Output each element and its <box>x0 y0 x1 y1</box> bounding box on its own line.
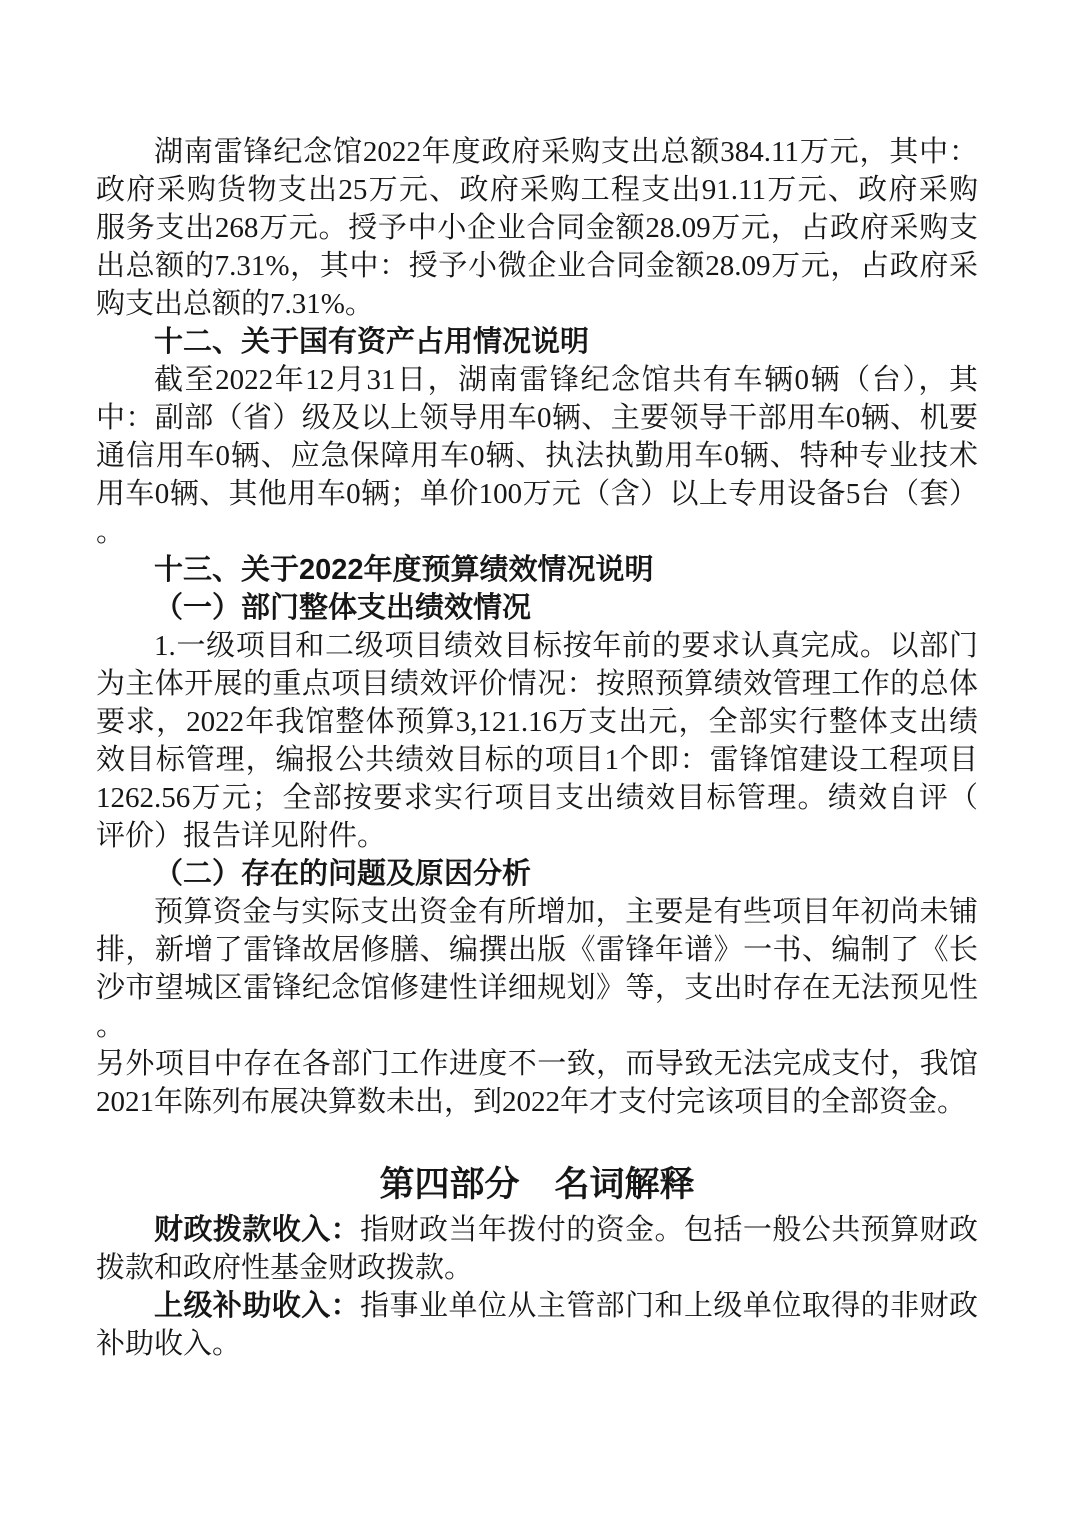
heading-section-12: 十二、关于国有资产占用情况说明 <box>96 323 978 361</box>
part4-title: 第四部分 名词解释 <box>96 1161 978 1209</box>
text-line: 2021年陈列布展决算数未出，到2022年才支付完该项目的全部资金。 <box>96 1083 978 1121</box>
text-line: 1262.56万元；全部按要求实行项目支出绩效目标管理。绩效自评（ <box>96 779 978 817</box>
definition-continuation-line: 补助收入。 <box>96 1325 978 1363</box>
text-line: 截至2022年12月31日，湖南雷锋纪念馆共有车辆0辆（台），其 <box>96 361 978 399</box>
text-line: 湖南雷锋纪念馆2022年度政府采购支出总额384.11万元，其中： <box>96 133 978 171</box>
document-page: 湖南雷锋纪念馆2022年度政府采购支出总额384.11万元，其中：政府采购货物支… <box>0 0 1074 1520</box>
definition-first-line: 财政拨款收入：指财政当年拨付的资金。包括一般公共预算财政 <box>96 1211 978 1249</box>
heading-section-13: 十三、关于2022年度预算绩效情况说明 <box>96 551 978 589</box>
text-line: 服务支出268万元。授予中小企业合同金额28.09万元，占政府采购支 <box>96 209 978 247</box>
heading-section-13-1: （一）部门整体支出绩效情况 <box>96 589 978 627</box>
text-line: 。 <box>96 513 978 551</box>
paragraph-problems-continued: 另外项目中存在各部门工作进度不一致，而导致无法完成支付，我馆2021年陈列布展决… <box>96 1045 978 1121</box>
text-line: 评价）报告详见附件。 <box>96 817 978 855</box>
definition-text: 指事业单位从主管部门和上级单位取得的非财政 <box>360 1290 978 1322</box>
definition-superior-subsidy-income: 上级补助收入：指事业单位从主管部门和上级单位取得的非财政 补助收入。 <box>96 1287 978 1363</box>
definition-term: 财政拨款收入： <box>154 1214 360 1246</box>
text-line: 。 <box>96 1007 978 1045</box>
definition-continuation-line: 拨款和政府性基金财政拨款。 <box>96 1249 978 1287</box>
paragraph-performance-targets: 1.一级项目和二级项目绩效目标按年前的要求认真完成。以部门为主体开展的重点项目绩… <box>96 627 978 855</box>
text-line: 出总额的7.31%，其中：授予小微企业合同金额28.09万元，占政府采 <box>96 247 978 285</box>
definition-term: 上级补助收入： <box>154 1290 360 1322</box>
definition-text: 指财政当年拨付的资金。包括一般公共预算财政 <box>360 1214 978 1246</box>
paragraph-government-procurement: 湖南雷锋纪念馆2022年度政府采购支出总额384.11万元，其中：政府采购货物支… <box>96 133 978 323</box>
text-line: 中：副部（省）级及以上领导用车0辆、主要领导干部用车0辆、机要 <box>96 399 978 437</box>
document-body: 湖南雷锋纪念馆2022年度政府采购支出总额384.11万元，其中：政府采购货物支… <box>96 133 978 1363</box>
paragraph-problems-analysis: 预算资金与实际支出资金有所增加，主要是有些项目年初尚未铺排，新增了雷锋故居修膳、… <box>96 893 978 1045</box>
paragraph-state-assets: 截至2022年12月31日，湖南雷锋纪念馆共有车辆0辆（台），其中：副部（省）级… <box>96 361 978 551</box>
text-line: 预算资金与实际支出资金有所增加，主要是有些项目年初尚未铺 <box>96 893 978 931</box>
text-line: 为主体开展的重点项目绩效评价情况：按照预算绩效管理工作的总体 <box>96 665 978 703</box>
text-line: 政府采购货物支出25万元、政府采购工程支出91.11万元、政府采购 <box>96 171 978 209</box>
definition-first-line: 上级补助收入：指事业单位从主管部门和上级单位取得的非财政 <box>96 1287 978 1325</box>
text-line: 沙市望城区雷锋纪念馆修建性详细规划》等，支出时存在无法预见性 <box>96 969 978 1007</box>
text-line: 要求，2022年我馆整体预算3,121.16万支出元，全部实行整体支出绩 <box>96 703 978 741</box>
text-line: 用车0辆、其他用车0辆；单价100万元（含）以上专用设备5台（套） <box>96 475 978 513</box>
text-line: 1.一级项目和二级项目绩效目标按年前的要求认真完成。以部门 <box>96 627 978 665</box>
text-line: 购支出总额的7.31%。 <box>96 285 978 323</box>
definition-fiscal-appropriation-income: 财政拨款收入：指财政当年拨付的资金。包括一般公共预算财政 拨款和政府性基金财政拨… <box>96 1211 978 1287</box>
heading-section-13-2: （二）存在的问题及原因分析 <box>96 855 978 893</box>
text-line: 排，新增了雷锋故居修膳、编撰出版《雷锋年谱》一书、编制了《长 <box>96 931 978 969</box>
text-line: 通信用车0辆、应急保障用车0辆、执法执勤用车0辆、特种专业技术 <box>96 437 978 475</box>
text-line: 另外项目中存在各部门工作进度不一致，而导致无法完成支付，我馆 <box>96 1045 978 1083</box>
text-line: 效目标管理，编报公共绩效目标的项目1个即：雷锋馆建设工程项目 <box>96 741 978 779</box>
